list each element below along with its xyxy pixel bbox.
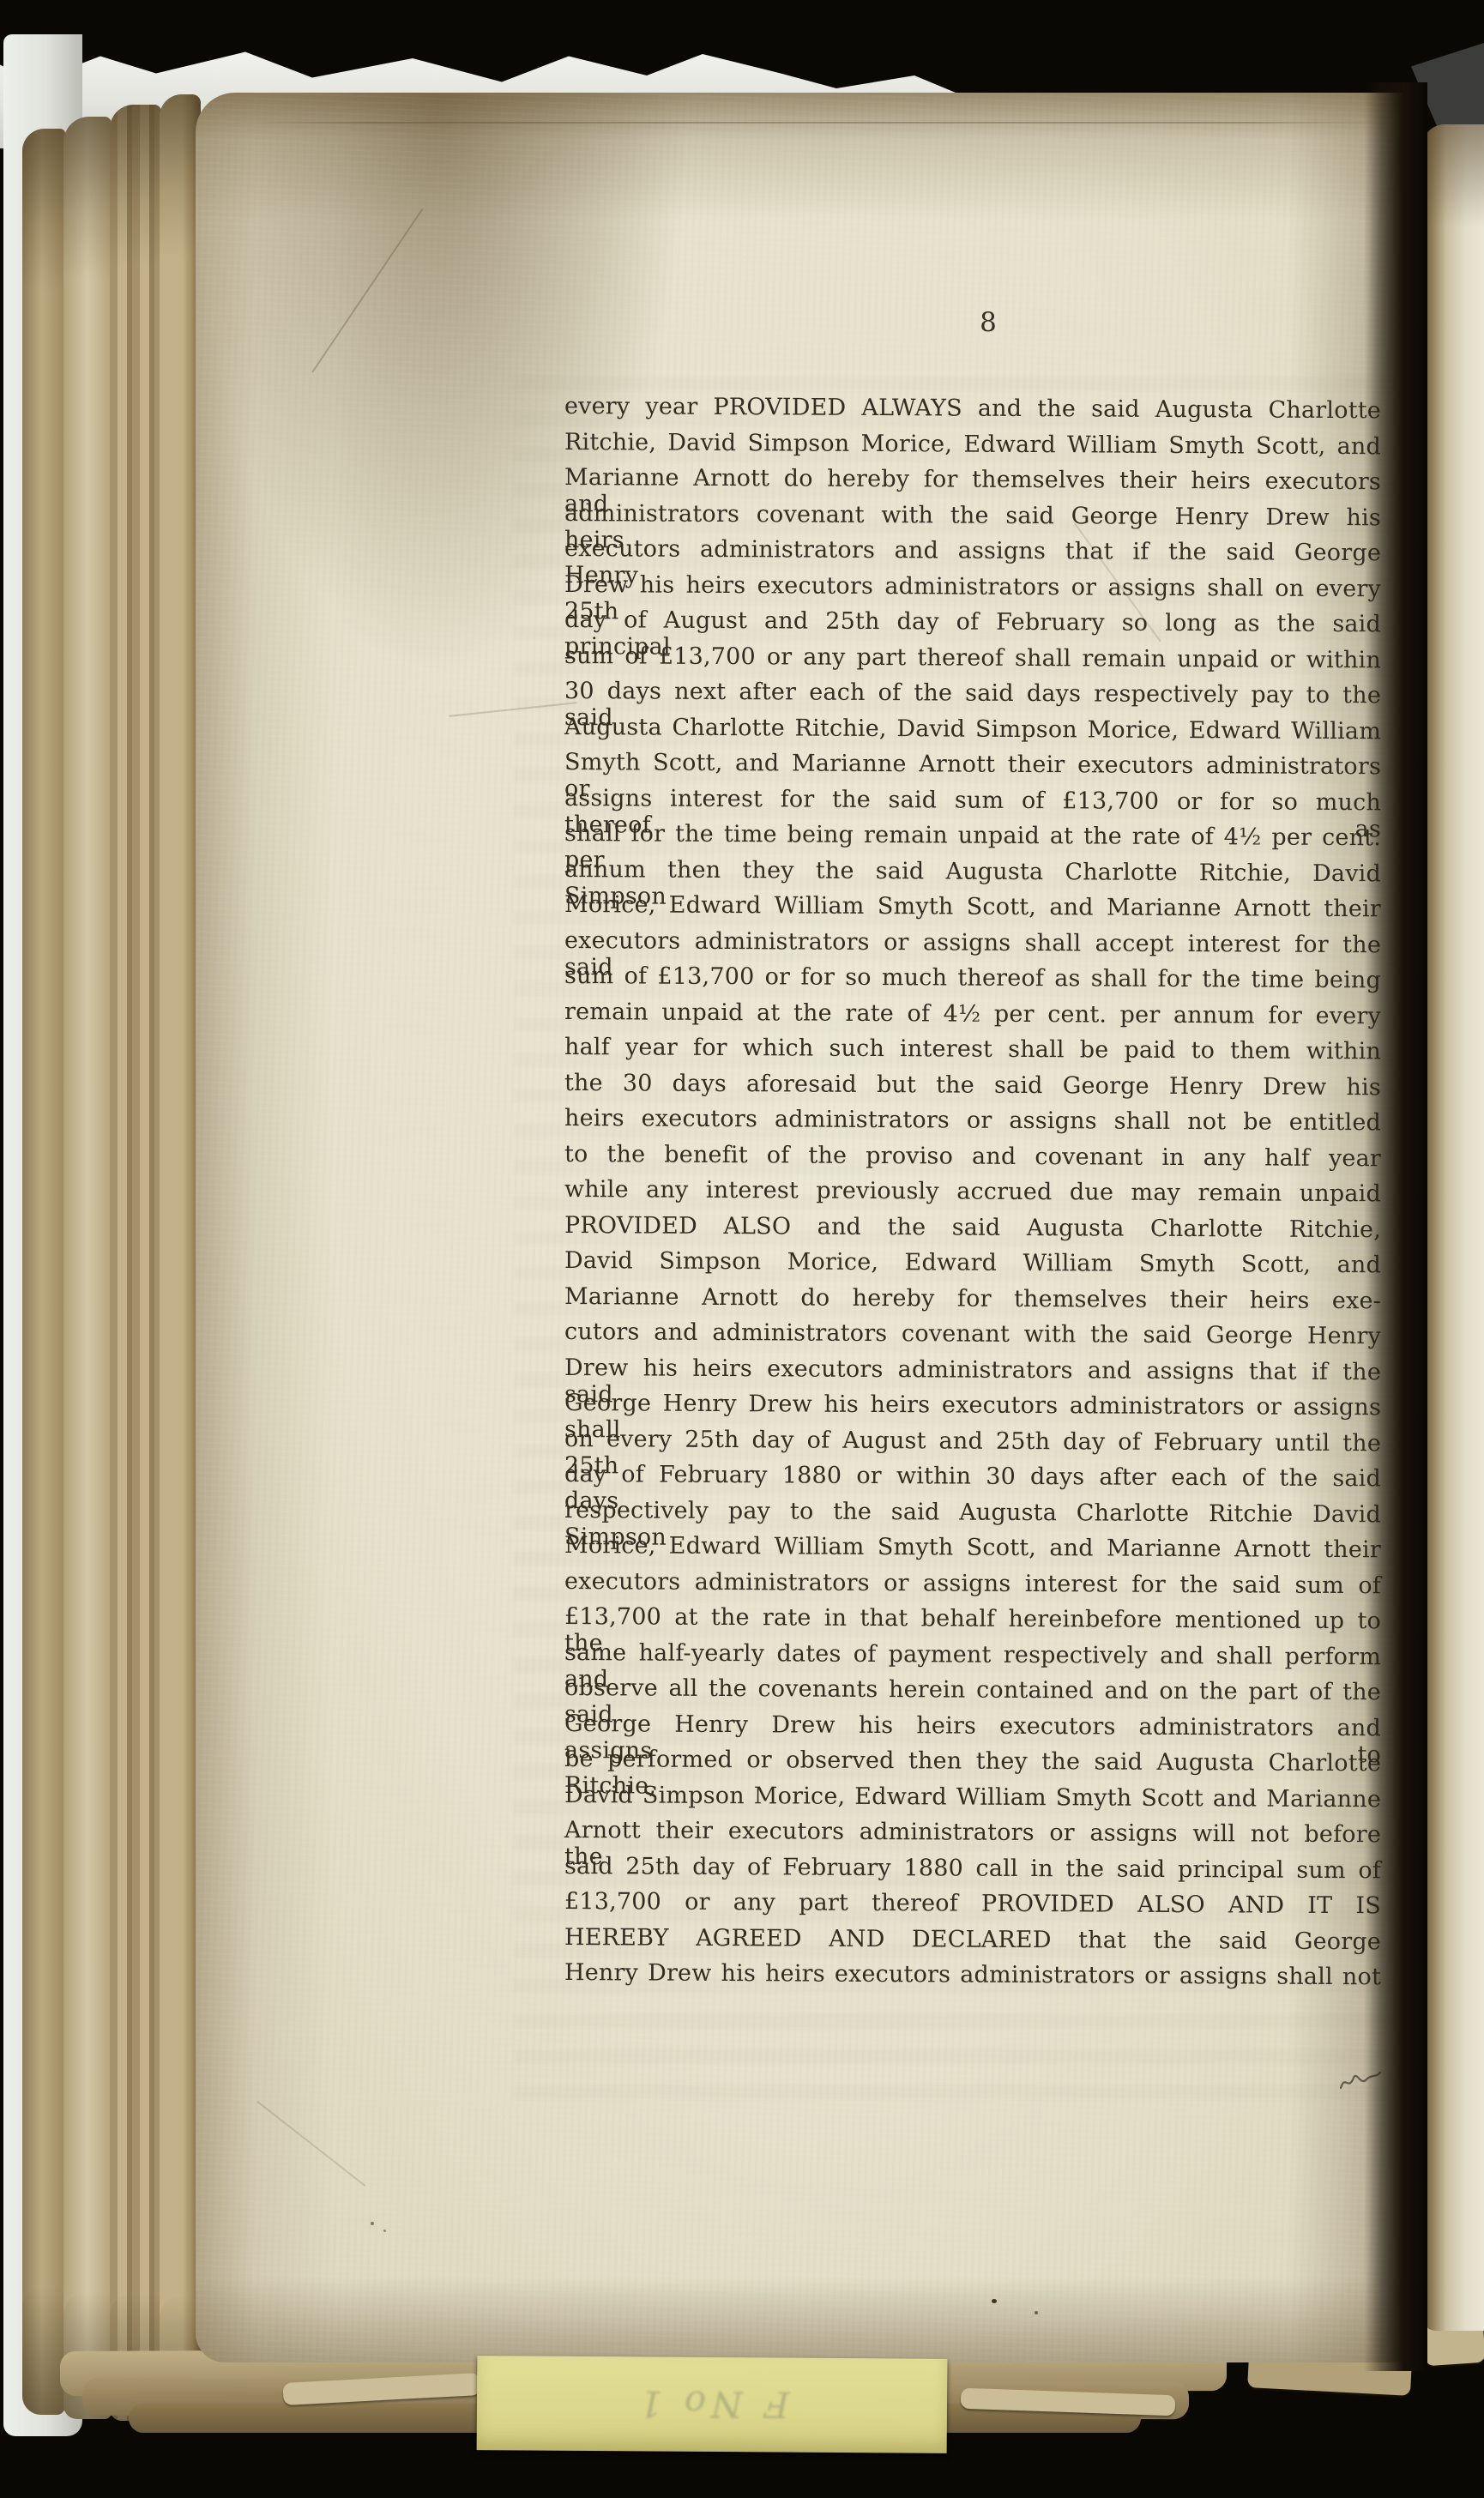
text-line: while any interest previously accrued du… (564, 1176, 1381, 1216)
text-line: Augusta Charlotte Ritchie, David Simpson… (564, 714, 1381, 754)
text-line: cutors and administrators covenant with … (564, 1318, 1381, 1359)
text-line: executors administrators and assigns tha… (564, 535, 1381, 576)
text-line: be performed or observed then they the s… (564, 1746, 1381, 1786)
book-page: 8 every year PROVIDED ALWAYS and the sai… (196, 93, 1417, 2362)
ink-speck (371, 2222, 374, 2225)
ink-speck (383, 2229, 386, 2232)
text-line: Henry Drew his heirs executors administr… (564, 1959, 1381, 2000)
text-line: Arnott their executors administrators or… (564, 1817, 1381, 1857)
text-line: executors administrators or assigns inte… (564, 1568, 1381, 1608)
text-line: George Henry Drew his heirs executors ad… (564, 1711, 1381, 1751)
text-line: sum of £13,700 or for so much thereof as… (564, 962, 1381, 1003)
text-line: heirs executors administrators or assign… (564, 1105, 1381, 1145)
text-line: observe all the covenants herein contain… (564, 1674, 1381, 1715)
text-line: same half-yearly dates of payment respec… (564, 1639, 1381, 1680)
ink-speck (1035, 2311, 1038, 2314)
singed-edge (110, 105, 161, 268)
text-line: day of February 1880 or within 30 days a… (564, 1461, 1381, 1501)
text-line: Marianne Arnott do hereby for themselves… (564, 1283, 1381, 1324)
book-gutter-shadow (1364, 82, 1427, 2371)
deed-text-block: every year PROVIDED ALWAYS and the said … (564, 393, 1381, 2000)
text-line: £13,700 or any part thereof PROVIDED ALS… (564, 1888, 1381, 1928)
text-line: David Simpson Morice, Edward William Smy… (564, 1782, 1381, 1822)
text-line: sum of £13,700 or any part thereof shall… (564, 643, 1381, 683)
text-line: Drew his heirs executors administrators … (564, 1355, 1381, 1395)
text-line: 30 days next after each of the said days… (564, 678, 1381, 718)
text-line: shall for the time being remain unpaid a… (564, 820, 1381, 860)
text-line: said 25th day of February 1880 call in t… (564, 1853, 1381, 1893)
edge-shadow (22, 2286, 65, 2415)
text-line: PROVIDED ALSO and the said Augusta Charl… (564, 1212, 1381, 1252)
text-line: George Henry Drew his heirs executors ad… (564, 1390, 1381, 1430)
text-line: Drew his heirs executors administrators … (564, 571, 1381, 612)
text-line: Marianne Arnott do hereby for themselves… (564, 464, 1381, 504)
text-line: £13,700 at the rate in that behalf herei… (564, 1603, 1381, 1644)
text-line: HEREBY AGREED AND DECLARED that the said… (564, 1924, 1381, 1964)
page-edge-strip (160, 94, 201, 2424)
sticky-note-text: F No 1 (477, 2356, 948, 2453)
text-line: day of August and 25th day of February s… (564, 606, 1381, 647)
text-line: remain unpaid at the rate of 4½ per cent… (564, 999, 1381, 1039)
text-line: every year PROVIDED ALWAYS and the said … (564, 393, 1381, 433)
book-photograph: 8 every year PROVIDED ALWAYS and the sai… (0, 0, 1484, 2498)
text-line: half year for which such interest shall … (564, 1034, 1381, 1074)
text-line: Morice, Edward William Smyth Scott, and … (564, 1532, 1381, 1572)
text-line: to the benefit of the proviso and covena… (564, 1141, 1381, 1181)
facing-page-edge (1422, 124, 1484, 2331)
page-edge-strip (63, 117, 112, 2419)
page-edge-strip (22, 129, 65, 2415)
text-line: Smyth Scott, and Marianne Arnott their e… (564, 749, 1381, 789)
top-crease-line (238, 122, 1388, 124)
text-line: executors administrators or assigns shal… (564, 927, 1381, 968)
singed-edge (22, 129, 65, 292)
text-line: annum then they the said Augusta Charlot… (564, 856, 1381, 896)
page-number: 8 (968, 307, 1009, 338)
ink-speck (992, 2299, 997, 2303)
text-line: the 30 days aforesaid but the said Georg… (564, 1070, 1381, 1110)
text-line: Ritchie, David Simpson Morice, Edward Wi… (564, 429, 1381, 469)
text-line: David Simpson Morice, Edward William Smy… (564, 1247, 1381, 1288)
sticky-note: F No 1 (477, 2356, 948, 2453)
singed-edge (160, 94, 201, 257)
page-edge-strip (110, 105, 161, 2421)
singed-edge (63, 117, 112, 280)
text-line: on every 25th day of August and 25th day… (564, 1426, 1381, 1466)
text-line: administrators covenant with the said Ge… (564, 500, 1381, 540)
text-line: Morice, Edward William Smyth Scott, and … (564, 891, 1381, 932)
text-line: assigns interest for the said sum of £13… (564, 785, 1381, 825)
text-line: respectively pay to the said Augusta Cha… (564, 1497, 1381, 1537)
